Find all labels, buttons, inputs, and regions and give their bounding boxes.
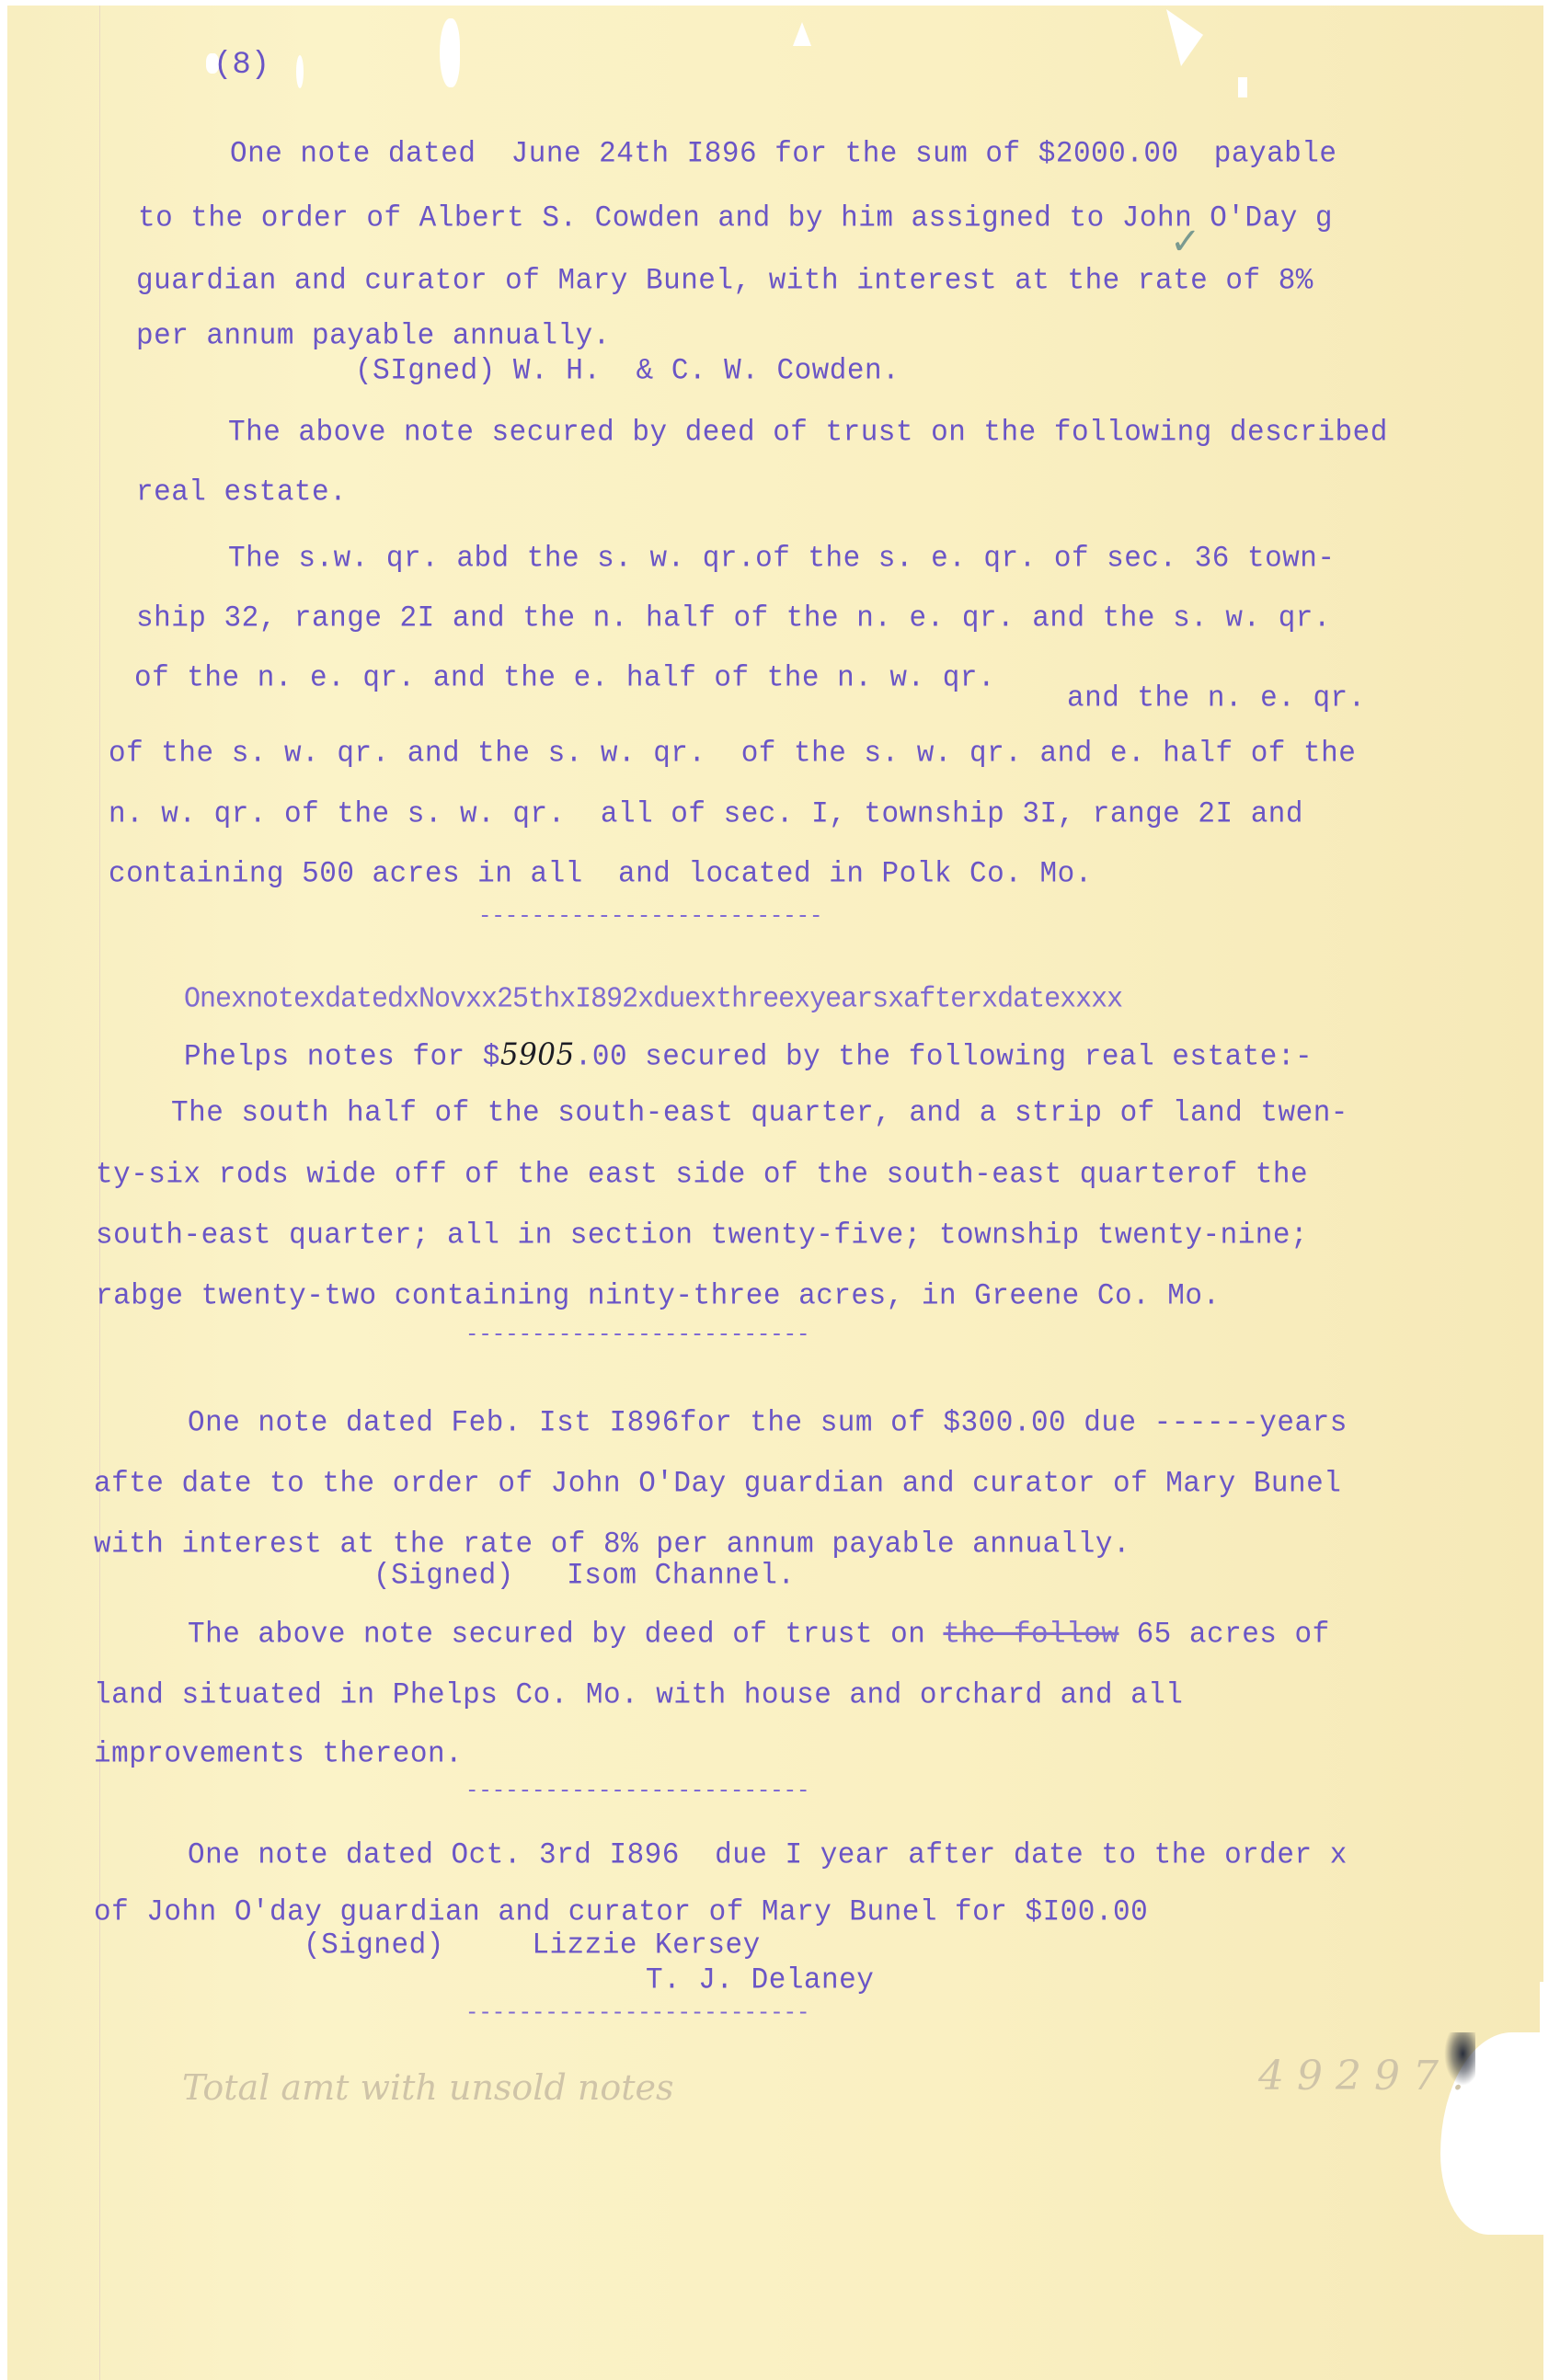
- security-line: land situated in Phelps Co. Mo. with hou…: [94, 1680, 1183, 1711]
- note-line: One note dated June 24th I896 for the su…: [230, 139, 1337, 169]
- property-line: The south half of the south-east quarter…: [171, 1098, 1348, 1128]
- struck-out-line: OnexnotexdatedxNovxx25thxI892xduexthreex…: [184, 985, 1122, 1014]
- signature-line: (Signed) Lizzie Kersey: [304, 1930, 761, 1961]
- property-line: n. w. qr. of the s. w. qr. all of sec. I…: [109, 799, 1303, 830]
- signature-line: T. J. Delaney: [646, 1965, 874, 1996]
- security-line: improvements thereon.: [94, 1739, 463, 1769]
- section-separator: --------------------------: [465, 2002, 809, 2025]
- amount-suffix: .00 secured by the following real estate…: [575, 1040, 1313, 1074]
- signature-line: (Signed) Isom Channel.: [373, 1561, 795, 1591]
- note-line: guardian and curator of Mary Bunel, with…: [136, 266, 1313, 296]
- section-separator: --------------------------: [465, 1779, 809, 1802]
- property-line: of the s. w. qr. and the s. w. qr. of th…: [109, 738, 1356, 769]
- note-line: of John O'day guardian and curator of Ma…: [94, 1897, 1148, 1928]
- property-line: and the n. e. qr.: [1067, 683, 1366, 714]
- check-mark-icon: ✓: [1170, 221, 1201, 263]
- property-line: ty-six rods wide off of the east side of…: [96, 1160, 1308, 1190]
- property-line: containing 500 acres in all and located …: [109, 859, 1093, 889]
- property-line: The s.w. qr. abd the s. w. qr.of the s. …: [228, 544, 1336, 574]
- signature-line: (SIgned) W. H. & C. W. Cowden.: [355, 356, 900, 386]
- property-line: of the n. e. qr. and the e. half of the …: [134, 663, 995, 693]
- property-line: rabge twenty-two containing ninty-three …: [96, 1281, 1221, 1311]
- note-line: One note dated Feb. Ist I896for the sum …: [188, 1408, 1348, 1438]
- paper-tear: [1238, 77, 1247, 97]
- note-line: afte date to the order of John O'Day gua…: [94, 1469, 1341, 1499]
- security-line: real estate.: [136, 477, 347, 508]
- note-line: to the order of Albert S. Cowden and by …: [138, 203, 1333, 234]
- page-number: (8): [213, 48, 270, 83]
- paper-tear: [440, 18, 460, 87]
- pencil-caption: Total amt with unsold notes: [182, 2067, 673, 2108]
- section-separator: --------------------------: [465, 1323, 809, 1346]
- security-line: The above note secured by deed of trust …: [228, 418, 1388, 448]
- paper-tear: [296, 55, 304, 88]
- note-line: per annum payable annually.: [136, 321, 611, 351]
- struck-text: the follow: [943, 1618, 1118, 1652]
- handwritten-amount: 5905: [500, 1037, 575, 1072]
- note-line: with interest at the rate of 8% per annu…: [94, 1529, 1130, 1560]
- security-prefix: The above note secured by deed of trust …: [188, 1618, 943, 1652]
- note-line: One note dated Oct. 3rd I896 due I year …: [188, 1840, 1348, 1871]
- security-line: The above note secured by deed of trust …: [188, 1619, 1330, 1650]
- margin-rule: [99, 6, 100, 2380]
- amount-prefix: Phelps notes for $: [184, 1040, 500, 1074]
- security-suffix: 65 acres of: [1118, 1618, 1329, 1652]
- paper-tear: [1540, 1982, 1560, 2037]
- amount-line: Phelps notes for $5905.00 secured by the…: [184, 1040, 1313, 1072]
- section-separator: --------------------------: [478, 905, 822, 928]
- property-line: south-east quarter; all in section twent…: [96, 1220, 1308, 1251]
- pencil-total: 49297.: [1258, 2053, 1477, 2100]
- property-line: ship 32, range 2I and the n. half of the…: [136, 603, 1331, 634]
